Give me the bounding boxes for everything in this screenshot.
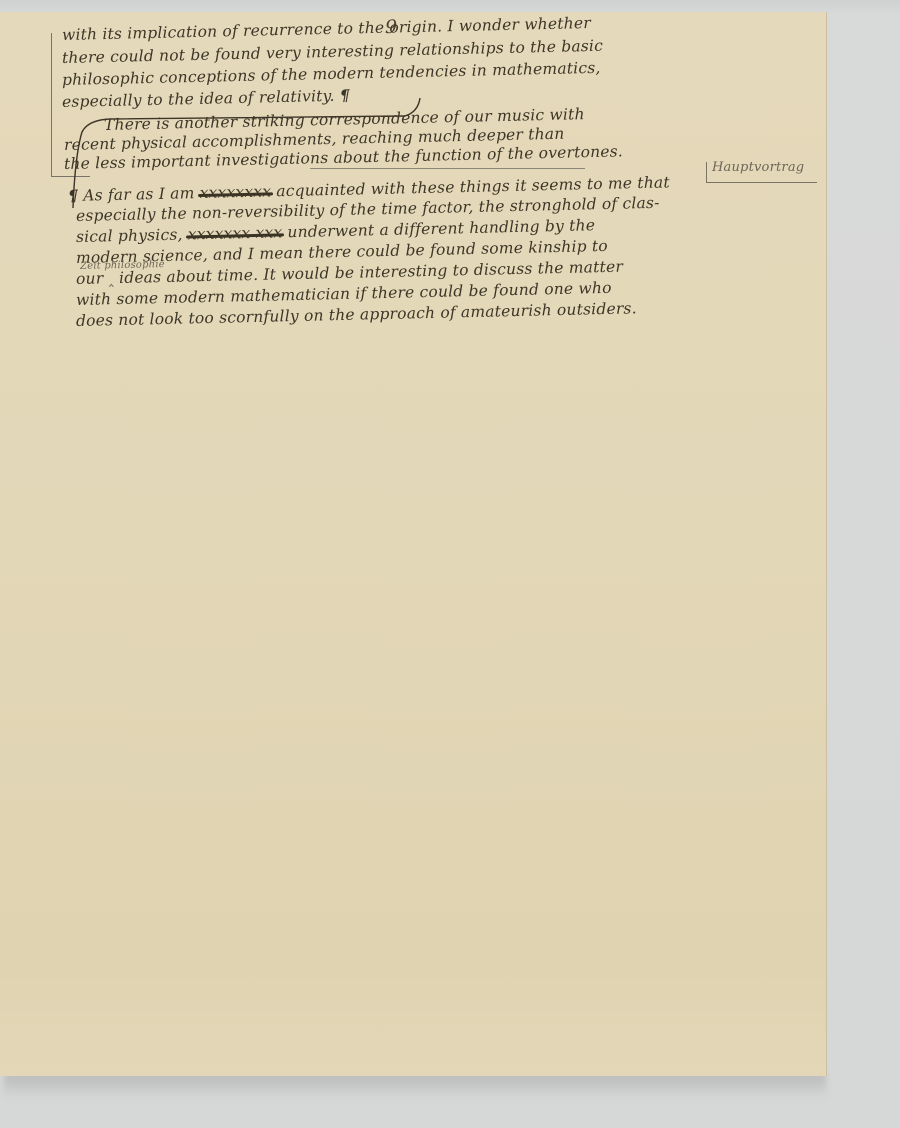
- footnote-mark-start: ¶: [68, 186, 78, 205]
- footnote-line-5-before: our: [76, 269, 104, 288]
- struck-word-1: xxxxxxxx: [199, 182, 271, 202]
- pencil-annotation-hauptvortrag: Hauptvortrag: [712, 160, 804, 175]
- footnote-mark: ¶: [340, 85, 350, 104]
- viewer-background: 9 with its implication of recurrence to …: [0, 0, 900, 1128]
- footnote-separator: [310, 168, 585, 169]
- footnote-line-1-before: As far as I am: [83, 184, 195, 205]
- page-shadow: [4, 1074, 826, 1098]
- insertion-caret: ‸: [108, 269, 114, 287]
- footnote-line-3-before: sical physics,: [76, 226, 183, 246]
- manuscript-page: 9 with its implication of recurrence to …: [0, 12, 826, 1076]
- struck-word-2: xxxxxxx xxx: [188, 223, 283, 243]
